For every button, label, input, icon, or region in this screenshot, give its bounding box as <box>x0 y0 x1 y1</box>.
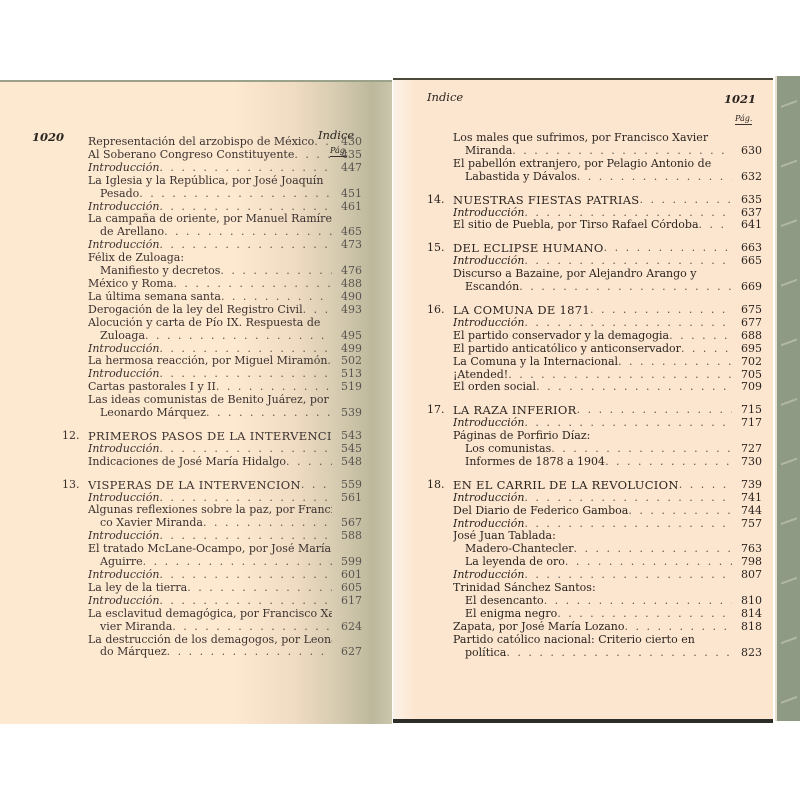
entry-title: Al Soberano Congreso Constituyente <box>88 149 294 162</box>
toc-entry-row: La destrucción de los demagogos, por Leo… <box>62 634 362 647</box>
dot-leader <box>699 219 732 232</box>
dot-leader <box>327 355 332 368</box>
page-reference: 814 <box>732 608 762 621</box>
entry-title: Introducción <box>453 207 524 220</box>
toc-entry-row: de Arellano465 <box>62 226 362 239</box>
dot-leader <box>577 404 732 417</box>
page-reference: 617 <box>332 595 362 608</box>
page-reference: 605 <box>332 582 362 595</box>
section-spacer <box>427 232 762 242</box>
toc-chapter-row: 13.VISPERAS DE LA INTERVENCION559 <box>62 479 362 492</box>
page-reference: 435 <box>332 149 362 162</box>
dot-leader <box>524 492 732 505</box>
entry-title: Introducción <box>453 317 524 330</box>
toc-entry-row: El enigma negro814 <box>427 608 762 621</box>
entry-title: El sitio de Puebla, por Tirso Rafael Cór… <box>453 219 699 232</box>
dot-leader <box>216 381 332 394</box>
page-reference: 539 <box>332 407 362 420</box>
toc-entry-row: Partido católico nacional: Criterio cier… <box>427 634 762 647</box>
page-reference: 823 <box>732 647 762 660</box>
entry-title: Discurso a Bazaine, por Alejandro Arango… <box>453 268 697 281</box>
entry-title: Representación del arzobispo de México <box>88 136 314 149</box>
open-book: 1020 Indice Pág. Representación del arzo… <box>0 78 800 723</box>
page-reference: 810 <box>732 595 762 608</box>
page-reference: 717 <box>732 417 762 430</box>
dot-leader <box>524 417 732 430</box>
dot-leader <box>524 569 732 582</box>
toc-entry-row: Leonardo Márquez539 <box>62 407 362 420</box>
page-reference: 519 <box>332 381 362 394</box>
dot-leader <box>679 479 732 492</box>
toc-entry-row: El orden social709 <box>427 381 762 394</box>
dot-leader <box>294 149 332 162</box>
toc-entry-row: Introducción617 <box>62 595 362 608</box>
toc-entry-row: Introducción561 <box>62 492 362 505</box>
dot-leader <box>557 608 732 621</box>
page-reference: 490 <box>332 291 362 304</box>
page-reference: 624 <box>332 621 362 634</box>
toc-list-right: Los males que sufrimos, por Francisco Xa… <box>427 132 762 660</box>
toc-entry-row: Páginas de Porfirio Díaz: <box>427 430 762 443</box>
chapter-number: 14. <box>427 194 453 207</box>
dot-leader <box>220 265 332 278</box>
toc-chapter-row: 18.EN EL CARRIL DE LA REVOLUCION739 <box>427 479 762 492</box>
entry-title: La destrucción de los demagogos, por Leo… <box>88 634 332 647</box>
entry-title: Introducción <box>88 443 159 456</box>
toc-entry-row: Introducción601 <box>62 569 362 582</box>
entry-title: co Xavier Miranda <box>100 517 203 530</box>
dot-leader <box>669 330 732 343</box>
page-reference: 559 <box>332 479 362 492</box>
dot-leader <box>519 281 732 294</box>
entry-title: Introducción <box>88 239 159 252</box>
entry-title: Páginas de Porfirio Díaz: <box>453 430 590 443</box>
toc-entry-row: Madero-Chantecler763 <box>427 543 762 556</box>
page-reference: 744 <box>732 505 762 518</box>
page-reference: 807 <box>732 569 762 582</box>
entry-title: El partido anticatólico y anticonservado… <box>453 343 681 356</box>
entry-title: Introducción <box>453 569 524 582</box>
section-spacer <box>62 469 362 479</box>
dot-leader <box>524 207 732 220</box>
toc-entry-row: Las ideas comunistas de Benito Juárez, p… <box>62 394 362 407</box>
dot-leader <box>143 556 332 569</box>
toc-entry-row: co Xavier Miranda567 <box>62 517 362 530</box>
entry-title: LA RAZA INFERIOR <box>453 404 577 417</box>
dot-leader <box>301 479 332 492</box>
toc-entry-row: Introducción499 <box>62 343 362 356</box>
dot-leader <box>159 569 332 582</box>
toc-entry-row: Zapata, por José María Lozano818 <box>427 621 762 634</box>
dot-leader <box>159 492 332 505</box>
entry-title: Leonardo Márquez <box>100 407 206 420</box>
toc-entry-row: Derogación de la ley del Registro Civil4… <box>62 304 362 317</box>
toc-entry-row: ¡Atended!705 <box>427 369 762 382</box>
section-spacer <box>427 469 762 479</box>
entry-title: Derogación de la ley del Registro Civil <box>88 304 303 317</box>
right-page: Indice 1021 Pág. Los males que sufrimos,… <box>393 78 773 723</box>
entry-title: Indicaciones de José María Hidalgo <box>88 456 286 469</box>
page-reference: 709 <box>732 381 762 394</box>
dot-leader <box>139 188 332 201</box>
page-reference: 695 <box>732 343 762 356</box>
toc-entry-row: La última semana santa490 <box>62 291 362 304</box>
section-spacer <box>427 294 762 304</box>
section-spacer <box>427 394 762 404</box>
toc-entry-row: La Iglesia y la República, por José Joaq… <box>62 175 362 188</box>
entry-title: Introducción <box>88 201 159 214</box>
toc-entry-row: México y Roma488 <box>62 278 362 291</box>
dot-leader <box>145 330 332 343</box>
chapter-number: 18. <box>427 479 453 492</box>
entry-title: El tratado McLane-Ocampo, por José María <box>88 543 331 556</box>
dot-leader <box>565 556 732 569</box>
page-reference: 493 <box>332 304 362 317</box>
page-reference: 630 <box>732 145 762 158</box>
toc-entry-row: Escandón669 <box>427 281 762 294</box>
dot-leader <box>206 407 332 420</box>
entry-title: EN EL CARRIL DE LA REVOLUCION <box>453 479 679 492</box>
toc-entry-row: Introducción461 <box>62 201 362 214</box>
entry-title: Informes de 1878 a 1904 <box>465 456 605 469</box>
entry-title: Del Diario de Federico Gamboa <box>453 505 628 518</box>
toc-entry-row: Introducción757 <box>427 518 762 531</box>
dot-leader <box>159 343 332 356</box>
entry-title: política <box>465 647 506 660</box>
toc-entry-row: La hermosa reacción, por Miguel Miramón5… <box>62 355 362 368</box>
toc-entry-row: La campaña de oriente, por Manuel Ramíre… <box>62 213 362 226</box>
dot-leader <box>159 201 332 214</box>
entry-title: Introducción <box>453 518 524 531</box>
page-reference: 818 <box>732 621 762 634</box>
chapter-number: 13. <box>62 479 88 492</box>
entry-title: Introducción <box>453 255 524 268</box>
page-reference: 601 <box>332 569 362 582</box>
dot-leader <box>590 304 732 317</box>
page-reference: 543 <box>332 430 362 443</box>
page-reference: 548 <box>332 456 362 469</box>
dot-leader <box>605 456 732 469</box>
toc-entry-row: La esclavitud demagógica, por Francisco … <box>62 608 362 621</box>
toc-entry-row: Los males que sufrimos, por Francisco Xa… <box>427 132 762 145</box>
dot-leader <box>512 145 732 158</box>
dot-leader <box>544 595 732 608</box>
entry-title: Aguirre <box>100 556 143 569</box>
entry-title: PRIMEROS PASOS DE LA INTERVENCION <box>88 430 332 443</box>
toc-entry-row: Indicaciones de José María Hidalgo548 <box>62 456 362 469</box>
entry-title: Introducción <box>88 569 159 582</box>
page-reference: 447 <box>332 162 362 175</box>
entry-title: La última semana santa <box>88 291 221 304</box>
entry-title: ¡Atended! <box>453 369 508 382</box>
toc-entry-row: Manifiesto y decretos476 <box>62 265 362 278</box>
page-reference: 561 <box>332 492 362 505</box>
toc-entry-row: Introducción717 <box>427 417 762 430</box>
chapter-number: 12. <box>62 430 88 443</box>
page-reference: 665 <box>732 255 762 268</box>
section-spacer <box>427 184 762 194</box>
toc-entry-row: Aguirre599 <box>62 556 362 569</box>
dot-leader <box>508 369 732 382</box>
toc-entry-row: Discurso a Bazaine, por Alejandro Arango… <box>427 268 762 281</box>
page-reference: 430 <box>332 136 362 149</box>
dot-leader <box>639 194 732 207</box>
entry-title: México y Roma <box>88 278 173 291</box>
dot-leader <box>203 517 332 530</box>
entry-title: La hermosa reacción, por Miguel Miramón <box>88 355 327 368</box>
toc-entry-row: José Juan Tablada: <box>427 530 762 543</box>
toc-entry-row: do Márquez627 <box>62 646 362 659</box>
page-reference: 461 <box>332 201 362 214</box>
page-reference: 702 <box>732 356 762 369</box>
dot-leader <box>172 621 332 634</box>
toc-entry-row: Zuloaga495 <box>62 330 362 343</box>
entry-title: VISPERAS DE LA INTERVENCION <box>88 479 301 492</box>
toc-entry-row: El desencanto810 <box>427 595 762 608</box>
toc-entry-row: Representación del arzobispo de México43… <box>62 136 362 149</box>
toc-entry-row: Introducción513 <box>62 368 362 381</box>
page-reference: 669 <box>732 281 762 294</box>
entry-title: Labastida y Dávalos <box>465 171 577 184</box>
toc-entry-row: Introducción741 <box>427 492 762 505</box>
page-reference: 677 <box>732 317 762 330</box>
toc-entry-row: Pesado451 <box>62 188 362 201</box>
toc-chapter-row: 14.NUESTRAS FIESTAS PATRIAS635 <box>427 194 762 207</box>
entry-title: Introducción <box>88 343 159 356</box>
dot-leader <box>577 171 732 184</box>
entry-title: Pesado <box>100 188 139 201</box>
page-reference: 675 <box>732 304 762 317</box>
page-reference: 588 <box>332 530 362 543</box>
toc-entry-row: El tratado McLane-Ocampo, por José María <box>62 543 362 556</box>
page-reference: 641 <box>732 219 762 232</box>
entry-title: Introducción <box>88 162 159 175</box>
toc-entry-row: Del Diario de Federico Gamboa744 <box>427 505 762 518</box>
toc-entry-row: Félix de Zuloaga: <box>62 252 362 265</box>
entry-title: Introducción <box>88 368 159 381</box>
entry-title: Introducción <box>453 492 524 505</box>
entry-title: Introducción <box>88 595 159 608</box>
page-reference: 688 <box>732 330 762 343</box>
toc-entry-row: Cartas pastorales I y II519 <box>62 381 362 394</box>
toc-entry-row: Algunas reflexiones sobre la paz, por Fr… <box>62 504 362 517</box>
dot-leader <box>159 595 332 608</box>
toc-entry-row: política823 <box>427 647 762 660</box>
dot-leader <box>625 621 732 634</box>
chapter-number: 17. <box>427 404 453 417</box>
dot-leader <box>164 226 332 239</box>
entry-title: Félix de Zuloaga: <box>88 252 184 265</box>
dot-leader <box>506 647 732 660</box>
dot-leader <box>524 518 732 531</box>
page-number-right: 1021 <box>724 92 756 106</box>
dot-leader <box>536 381 732 394</box>
toc-entry-row: vier Miranda624 <box>62 621 362 634</box>
entry-title: El partido conservador y la demagogia <box>453 330 669 343</box>
entry-title: José Juan Tablada: <box>453 530 556 543</box>
entry-title: NUESTRAS FIESTAS PATRIAS <box>453 194 639 207</box>
dot-leader <box>159 162 332 175</box>
toc-chapter-row: 15.DEL ECLIPSE HUMANO663 <box>427 242 762 255</box>
page-reference: 632 <box>732 171 762 184</box>
entry-title: El orden social <box>453 381 536 394</box>
toc-entry-row: Informes de 1878 a 1904730 <box>427 456 762 469</box>
entry-title: Introducción <box>453 417 524 430</box>
toc-entry-row: Introducción588 <box>62 530 362 543</box>
entry-title: Madero-Chantecler <box>465 543 574 556</box>
toc-entry-row: Trinidad Sánchez Santos: <box>427 582 762 595</box>
dot-leader <box>628 505 732 518</box>
toc-entry-row: La ley de la tierra605 <box>62 582 362 595</box>
toc-chapter-row: 17.LA RAZA INFERIOR715 <box>427 404 762 417</box>
entry-title: de Arellano <box>100 226 164 239</box>
dot-leader <box>159 239 332 252</box>
dot-leader <box>159 368 332 381</box>
toc-entry-row: Miranda630 <box>427 145 762 158</box>
entry-title: Miranda <box>465 145 512 158</box>
entry-title: Alocución y carta de Pío IX. Respuesta d… <box>88 317 320 330</box>
toc-entry-row: Introducción545 <box>62 443 362 456</box>
toc-entry-row: El partido conservador y la demagogia688 <box>427 330 762 343</box>
left-page: 1020 Indice Pág. Representación del arzo… <box>0 80 392 724</box>
toc-list-left: Representación del arzobispo de México43… <box>62 136 362 659</box>
entry-title: vier Miranda <box>100 621 172 634</box>
entry-title: La Iglesia y la República, por José Joaq… <box>88 175 323 188</box>
entry-title: do Márquez <box>100 646 167 659</box>
dot-leader <box>286 456 332 469</box>
dot-leader <box>159 443 332 456</box>
dot-leader <box>167 646 332 659</box>
toc-entry-row: Introducción807 <box>427 569 762 582</box>
toc-entry-row: Introducción677 <box>427 317 762 330</box>
dot-leader <box>618 356 732 369</box>
page-reference: 627 <box>332 646 362 659</box>
toc-entry-row: La Comuna y la Internacional702 <box>427 356 762 369</box>
dot-leader <box>524 255 732 268</box>
page-reference: 741 <box>732 492 762 505</box>
entry-title: Zapata, por José María Lozano <box>453 621 625 634</box>
toc-entry-row: Introducción665 <box>427 255 762 268</box>
page-reference: 727 <box>732 443 762 456</box>
entry-title: El pabellón extranjero, por Pelagio Anto… <box>453 158 711 171</box>
chapter-number: 15. <box>427 242 453 255</box>
dot-leader <box>574 543 733 556</box>
page-reference: 451 <box>332 188 362 201</box>
section-spacer <box>62 420 362 430</box>
page-reference: 495 <box>332 330 362 343</box>
entry-title: La ley de la tierra <box>88 582 187 595</box>
dot-leader <box>221 291 332 304</box>
entry-title: Los males que sufrimos, por Francisco Xa… <box>453 132 708 145</box>
dot-leader <box>187 582 332 595</box>
entry-title: La esclavitud demagógica, por Francisco … <box>88 608 332 621</box>
dot-leader <box>604 242 732 255</box>
page-reference: 739 <box>732 479 762 492</box>
entry-title: El enigma negro <box>465 608 557 621</box>
dot-leader <box>524 317 732 330</box>
entry-title: Trinidad Sánchez Santos: <box>453 582 596 595</box>
entry-title: LA COMUNA DE 1871 <box>453 304 590 317</box>
dot-leader <box>159 530 332 543</box>
entry-title: Los comunistas <box>465 443 551 456</box>
entry-title: Manifiesto y decretos <box>100 265 220 278</box>
pag-column-label-right: Pág. <box>735 114 752 125</box>
entry-title: El desencanto <box>465 595 544 608</box>
toc-entry-row: El sitio de Puebla, por Tirso Rafael Cór… <box>427 219 762 232</box>
page-reference: 473 <box>332 239 362 252</box>
entry-title: La Comuna y la Internacional <box>453 356 618 369</box>
entry-title: Cartas pastorales I y II <box>88 381 216 394</box>
book-cover-edge <box>775 76 800 721</box>
entry-title: Algunas reflexiones sobre la paz, por Fr… <box>88 504 332 517</box>
toc-entry-row: Labastida y Dávalos632 <box>427 171 762 184</box>
dot-leader <box>551 443 732 456</box>
entry-title: Introducción <box>88 492 159 505</box>
toc-entry-row: Introducción473 <box>62 239 362 252</box>
toc-chapter-row: 16.LA COMUNA DE 1871675 <box>427 304 762 317</box>
entry-title: Las ideas comunistas de Benito Juárez, p… <box>88 394 329 407</box>
page-reference: 757 <box>732 518 762 531</box>
dot-leader <box>314 136 332 149</box>
toc-chapter-row: 12.PRIMEROS PASOS DE LA INTERVENCION543 <box>62 430 362 443</box>
page-reference: 730 <box>732 456 762 469</box>
toc-entry-row: El pabellón extranjero, por Pelagio Anto… <box>427 158 762 171</box>
entry-title: DEL ECLIPSE HUMANO <box>453 242 604 255</box>
dot-leader <box>303 304 332 317</box>
entry-title: Introducción <box>88 530 159 543</box>
toc-entry-row: Introducción637 <box>427 207 762 220</box>
entry-title: La campaña de oriente, por Manuel Ramíre… <box>88 213 332 226</box>
dot-leader <box>681 343 732 356</box>
toc-entry-row: Alocución y carta de Pío IX. Respuesta d… <box>62 317 362 330</box>
entry-title: Zuloaga <box>100 330 145 343</box>
entry-title: Partido católico nacional: Criterio cier… <box>453 634 695 647</box>
toc-entry-row: Al Soberano Congreso Constituyente435 <box>62 149 362 162</box>
page-number-left: 1020 <box>32 130 64 144</box>
toc-entry-row: La leyenda de oro798 <box>427 556 762 569</box>
chapter-number: 16. <box>427 304 453 317</box>
dot-leader <box>173 278 332 291</box>
entry-title: La leyenda de oro <box>465 556 565 569</box>
page-reference: 545 <box>332 443 362 456</box>
running-head-right: Indice <box>427 90 463 104</box>
page-reference: 635 <box>732 194 762 207</box>
toc-entry-row: Introducción447 <box>62 162 362 175</box>
entry-title: Escandón <box>465 281 519 294</box>
toc-entry-row: El partido anticatólico y anticonservado… <box>427 343 762 356</box>
page-reference: 488 <box>332 278 362 291</box>
toc-entry-row: Los comunistas727 <box>427 443 762 456</box>
